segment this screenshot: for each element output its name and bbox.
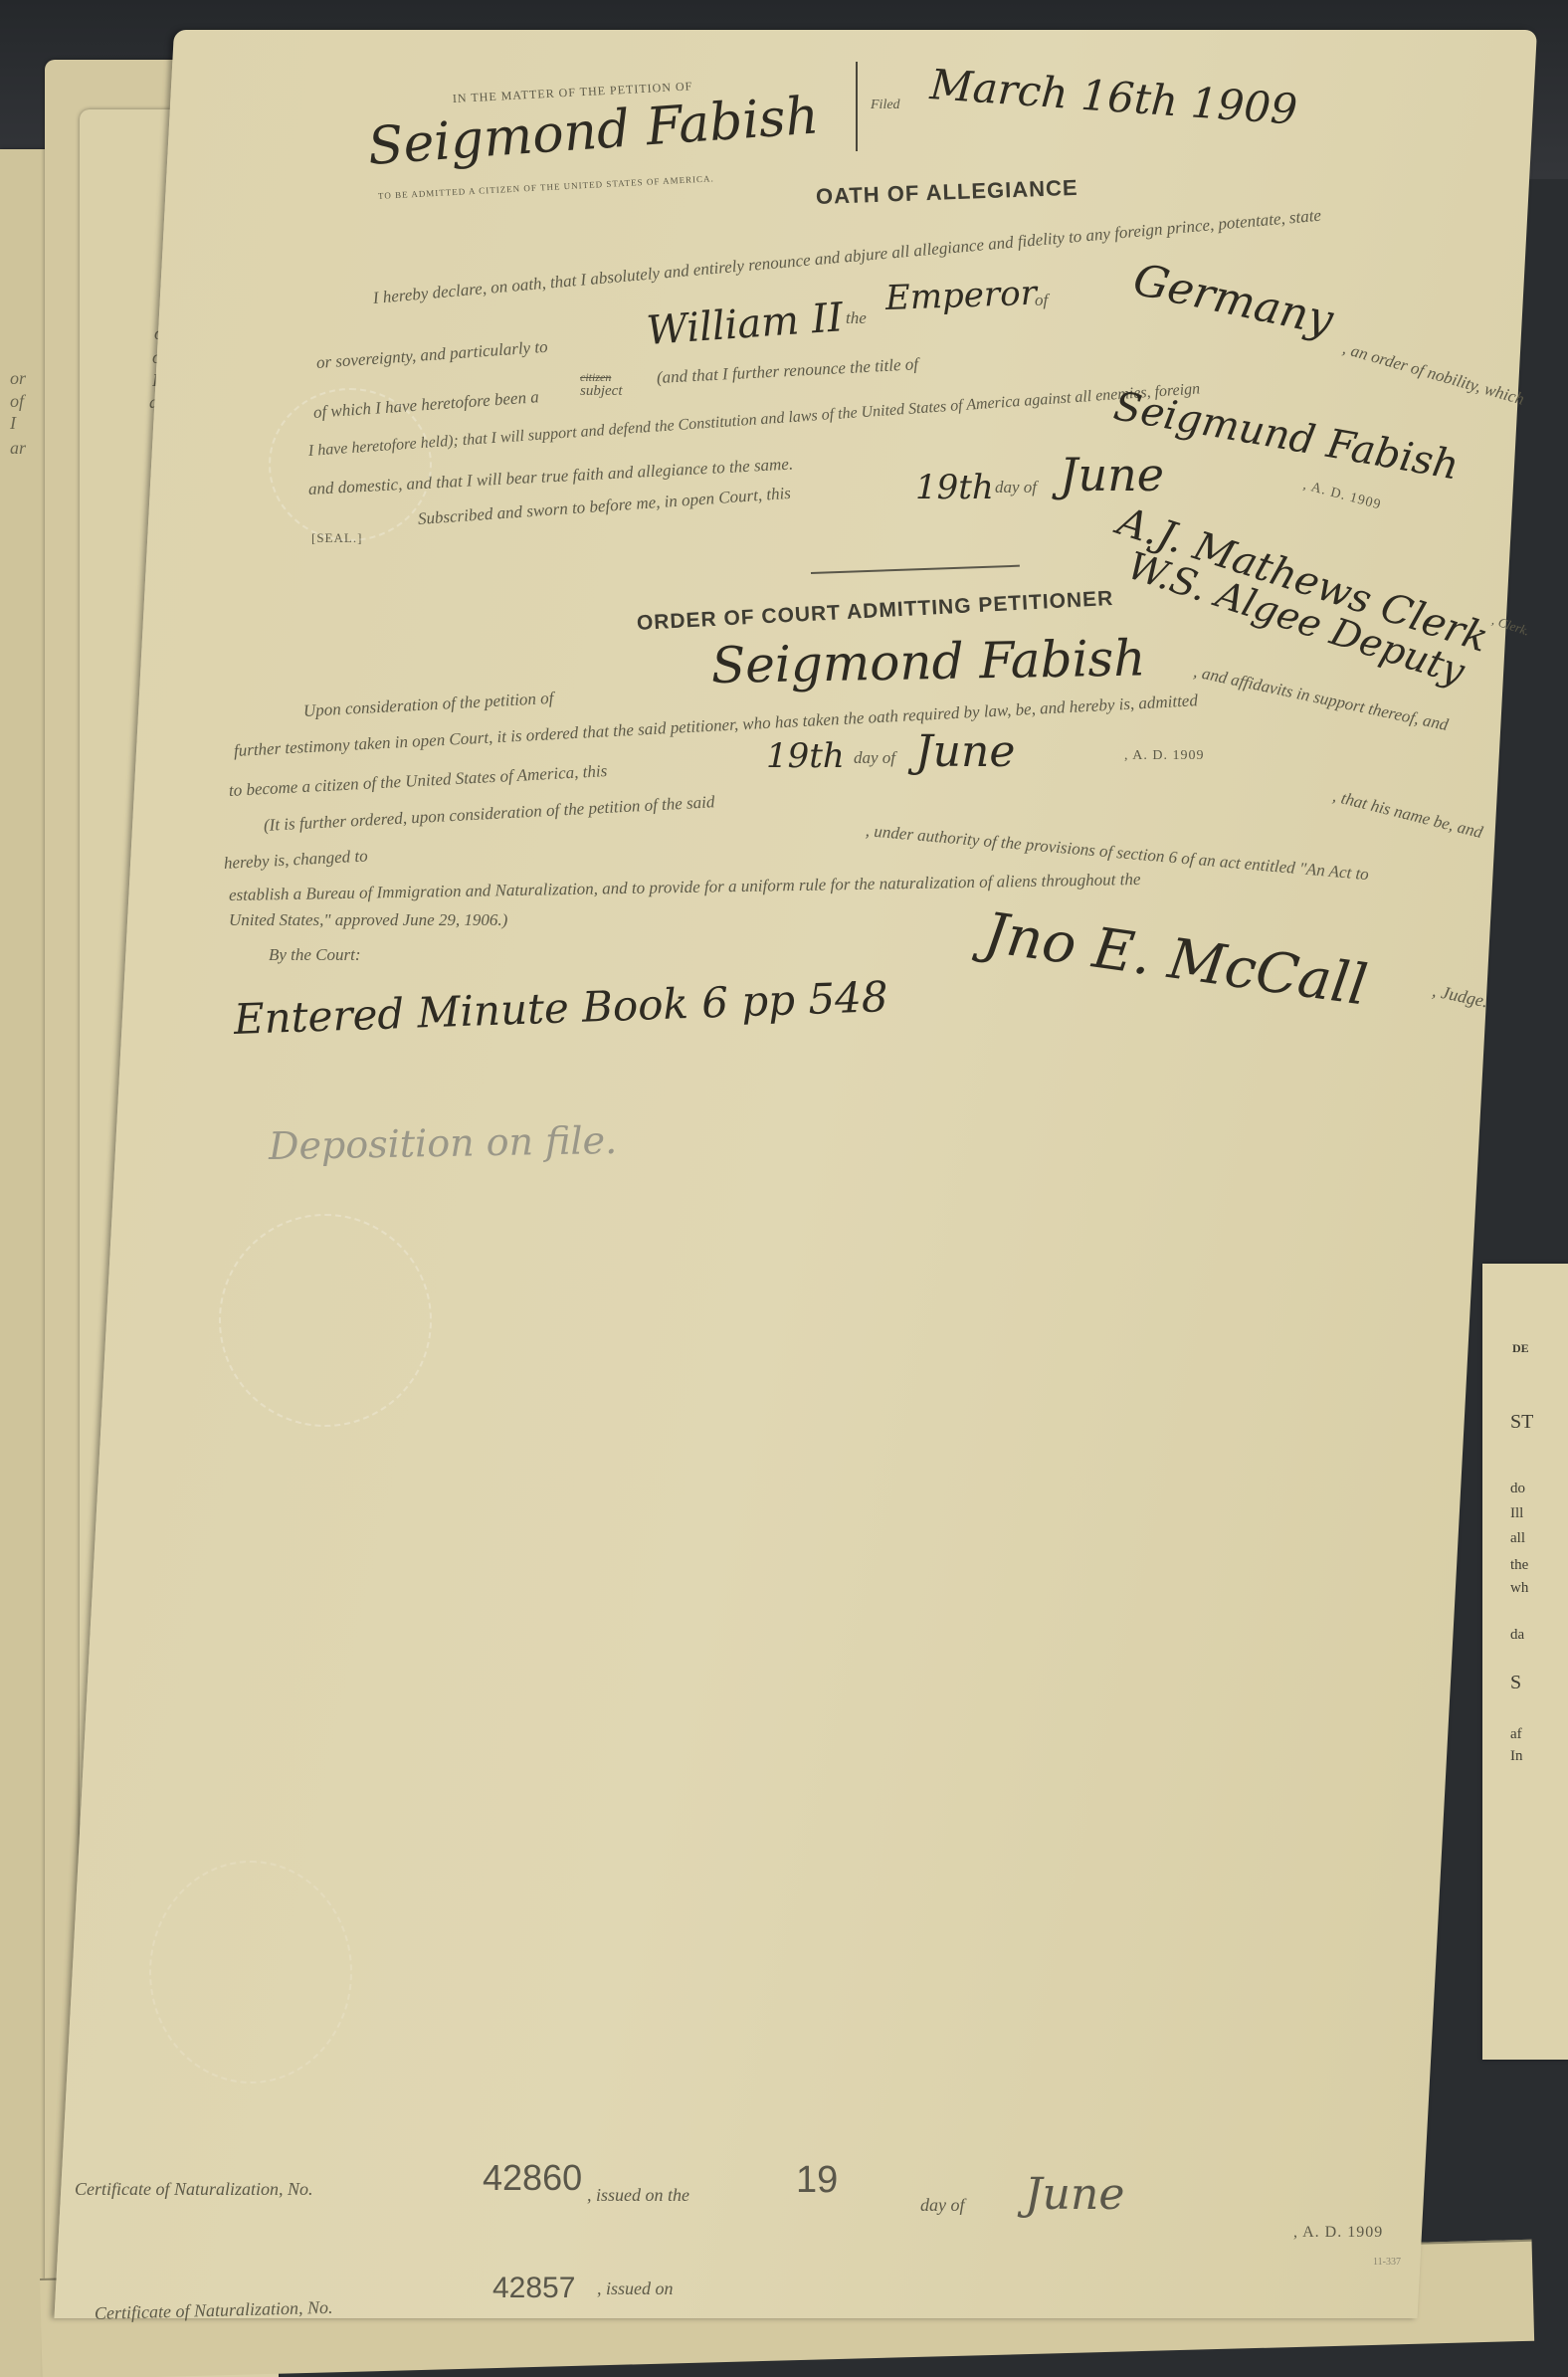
oath-day: 19th [915,468,994,507]
certificate-number: 42860 [483,2157,582,2199]
header-divider [856,62,858,151]
admitted-label: TO BE ADMITTED A CITIZEN OF THE UNITED S… [378,173,714,201]
the-label: the [846,308,867,328]
clerk-suffix: , Clerk. [1490,612,1532,639]
underlying-certificate-label: Certificate of Naturalization, No. [95,2297,333,2324]
deposition-annotation: Deposition on file. [269,1118,618,1168]
oath-line-2: or sovereignty, and particularly to [315,337,548,373]
renounce-title-text: (and that I further renounce the title o… [656,354,918,388]
sovereign-title: Emperor [884,274,1037,318]
underlying-certificate-number: 42857 [492,2272,575,2305]
petitioner-name-header: Seigmond Fabish [366,86,821,177]
certificate-issued-label: , issued on the [587,2185,689,2206]
filed-label: Filed [871,98,900,113]
country-name: Germany [1129,255,1338,346]
by-court-label: By the Court: [269,945,361,965]
order-line-1-prefix: Upon consideration of the petition of [302,689,553,721]
embossed-seal-lower [149,1861,352,2083]
order-nobility-text: , an order of nobility, which [1340,338,1526,409]
order-line-3-prefix: to become a citizen of the United States… [228,761,607,801]
certificate-label: Certificate of Naturalization, No. [75,2179,313,2200]
order-month: June [915,726,1015,777]
order-line-7: United States," approved June 29, 1906.) [229,910,507,930]
certificate-year: , A. D. 1909 [1293,2224,1383,2242]
order-day: 19th [766,736,845,776]
embossed-seal-oath [269,388,432,541]
inserted-word-subject: subject [580,383,623,400]
section-divider [811,565,1020,574]
minute-book-annotation: Entered Minute Book 6 pp 548 [233,972,888,1044]
judge-signature: Jno E. McCall [980,900,1371,1018]
order-line-4-suffix: , that his name be, and [1331,786,1485,843]
petitioner-name-order: Seigmond Fabish [710,629,1145,694]
order-line-4-prefix: (It is further ordered, upon considerati… [263,792,714,836]
main-page-content: IN THE MATTER OF THE PETITION OF Seigmon… [0,0,1568,2377]
order-line-6: establish a Bureau of Immigration and Na… [229,870,1141,905]
oath-title: OATH OF ALLEGIANCE [816,175,1078,210]
underlying-certificate-issued: , issued on [597,2278,674,2299]
order-line-5-prefix: hereby is, changed to [223,846,368,874]
order-day-of-label: day of [854,748,895,768]
form-code: 11-337 [1373,2257,1401,2268]
sovereign-name: William II [645,295,844,354]
order-year: , A. D. 1909 [1124,748,1204,764]
certificate-month: June [1025,2169,1124,2220]
judge-suffix: , Judge. [1431,980,1490,1012]
oath-year: , A. D. 1909 [1301,478,1383,513]
order-title: ORDER OF COURT ADMITTING PETITIONER [636,587,1113,636]
of-label: of [1035,291,1048,310]
certificate-day: 19 [796,2159,838,2202]
oath-day-of-label: day of [995,478,1037,497]
certificate-day-of-label: day of [920,2195,965,2216]
filed-date: March 16th 1909 [928,60,1298,134]
embossed-seal-order [219,1214,432,1427]
oath-month: June [1060,448,1164,501]
